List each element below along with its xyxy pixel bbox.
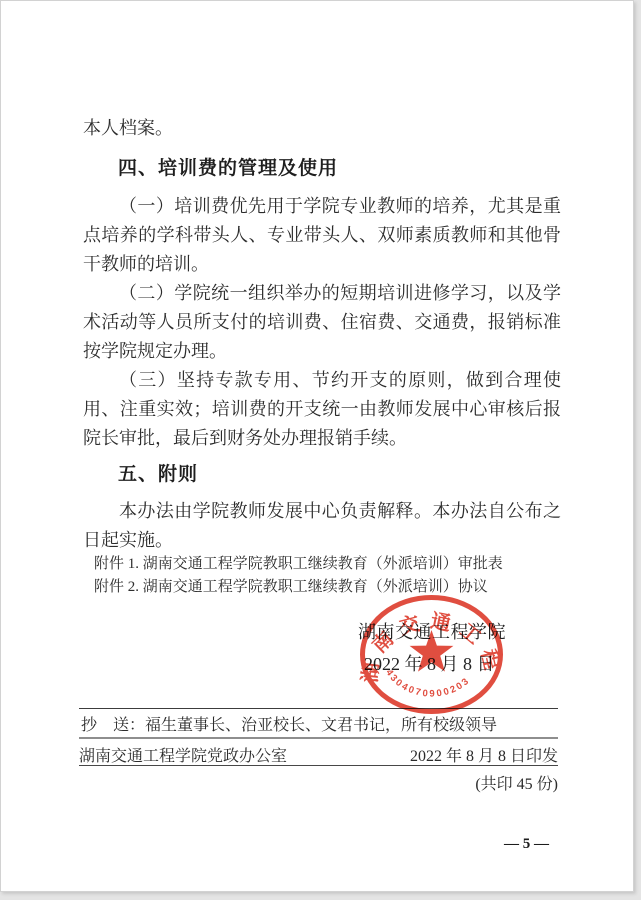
seal-star-icon — [410, 630, 454, 672]
body-paragraph-1: （一）培训费优先用于学院专业教师的培养，尤其是重点培养的学科带头人、专业带头人、… — [83, 192, 561, 279]
body-paragraph-3: （三）坚持专款专用、节约开支的原则，做到合理使用、注重实效；培训费的开支统一由教… — [83, 366, 561, 453]
body-paragraph-4: 本办法由学院教师发展中心负责解释。本办法自公布之日起实施。 — [83, 497, 561, 555]
footer-divider-bottom — [79, 765, 558, 766]
scanned-document-canvas: 本人档案。 四、培训费的管理及使用 （一）培训费优先用于学院专业教师的培养，尤其… — [0, 0, 641, 900]
issuing-row: 湖南交通工程学院党政办公室 2022 年 8 月 8 日印发 — [79, 743, 558, 766]
issuing-office: 湖南交通工程学院党政办公室 — [79, 743, 287, 766]
attachment-line-1: 附件 1. 湖南交通工程学院教职工继续教育（外派培训）审批表 — [94, 553, 564, 576]
body-paragraph-2: （二）学院统一组织举办的短期培训进修学习，以及学术活动等人员所支付的培训费、住宿… — [83, 279, 561, 366]
footer-divider-middle — [79, 737, 558, 739]
print-date: 2022 年 8 月 8 日印发 — [410, 743, 558, 766]
seal-code: 4304070900203 — [383, 667, 472, 699]
leading-paragraph: 本人档案。 — [83, 114, 173, 143]
section-heading-5: 五、附则 — [118, 459, 198, 486]
page-number: — 5 — — [499, 836, 554, 853]
document-page: 本人档案。 四、培训费的管理及使用 （一）培训费优先用于学院专业教师的培养，尤其… — [0, 0, 634, 892]
svg-text:4304070900203: 4304070900203 — [383, 667, 472, 699]
copies-note: (共印 45 份) — [79, 771, 558, 794]
section-heading-4: 四、培训费的管理及使用 — [118, 153, 338, 180]
official-seal: 湖南交通工程学院 4304070900203 — [358, 594, 505, 717]
